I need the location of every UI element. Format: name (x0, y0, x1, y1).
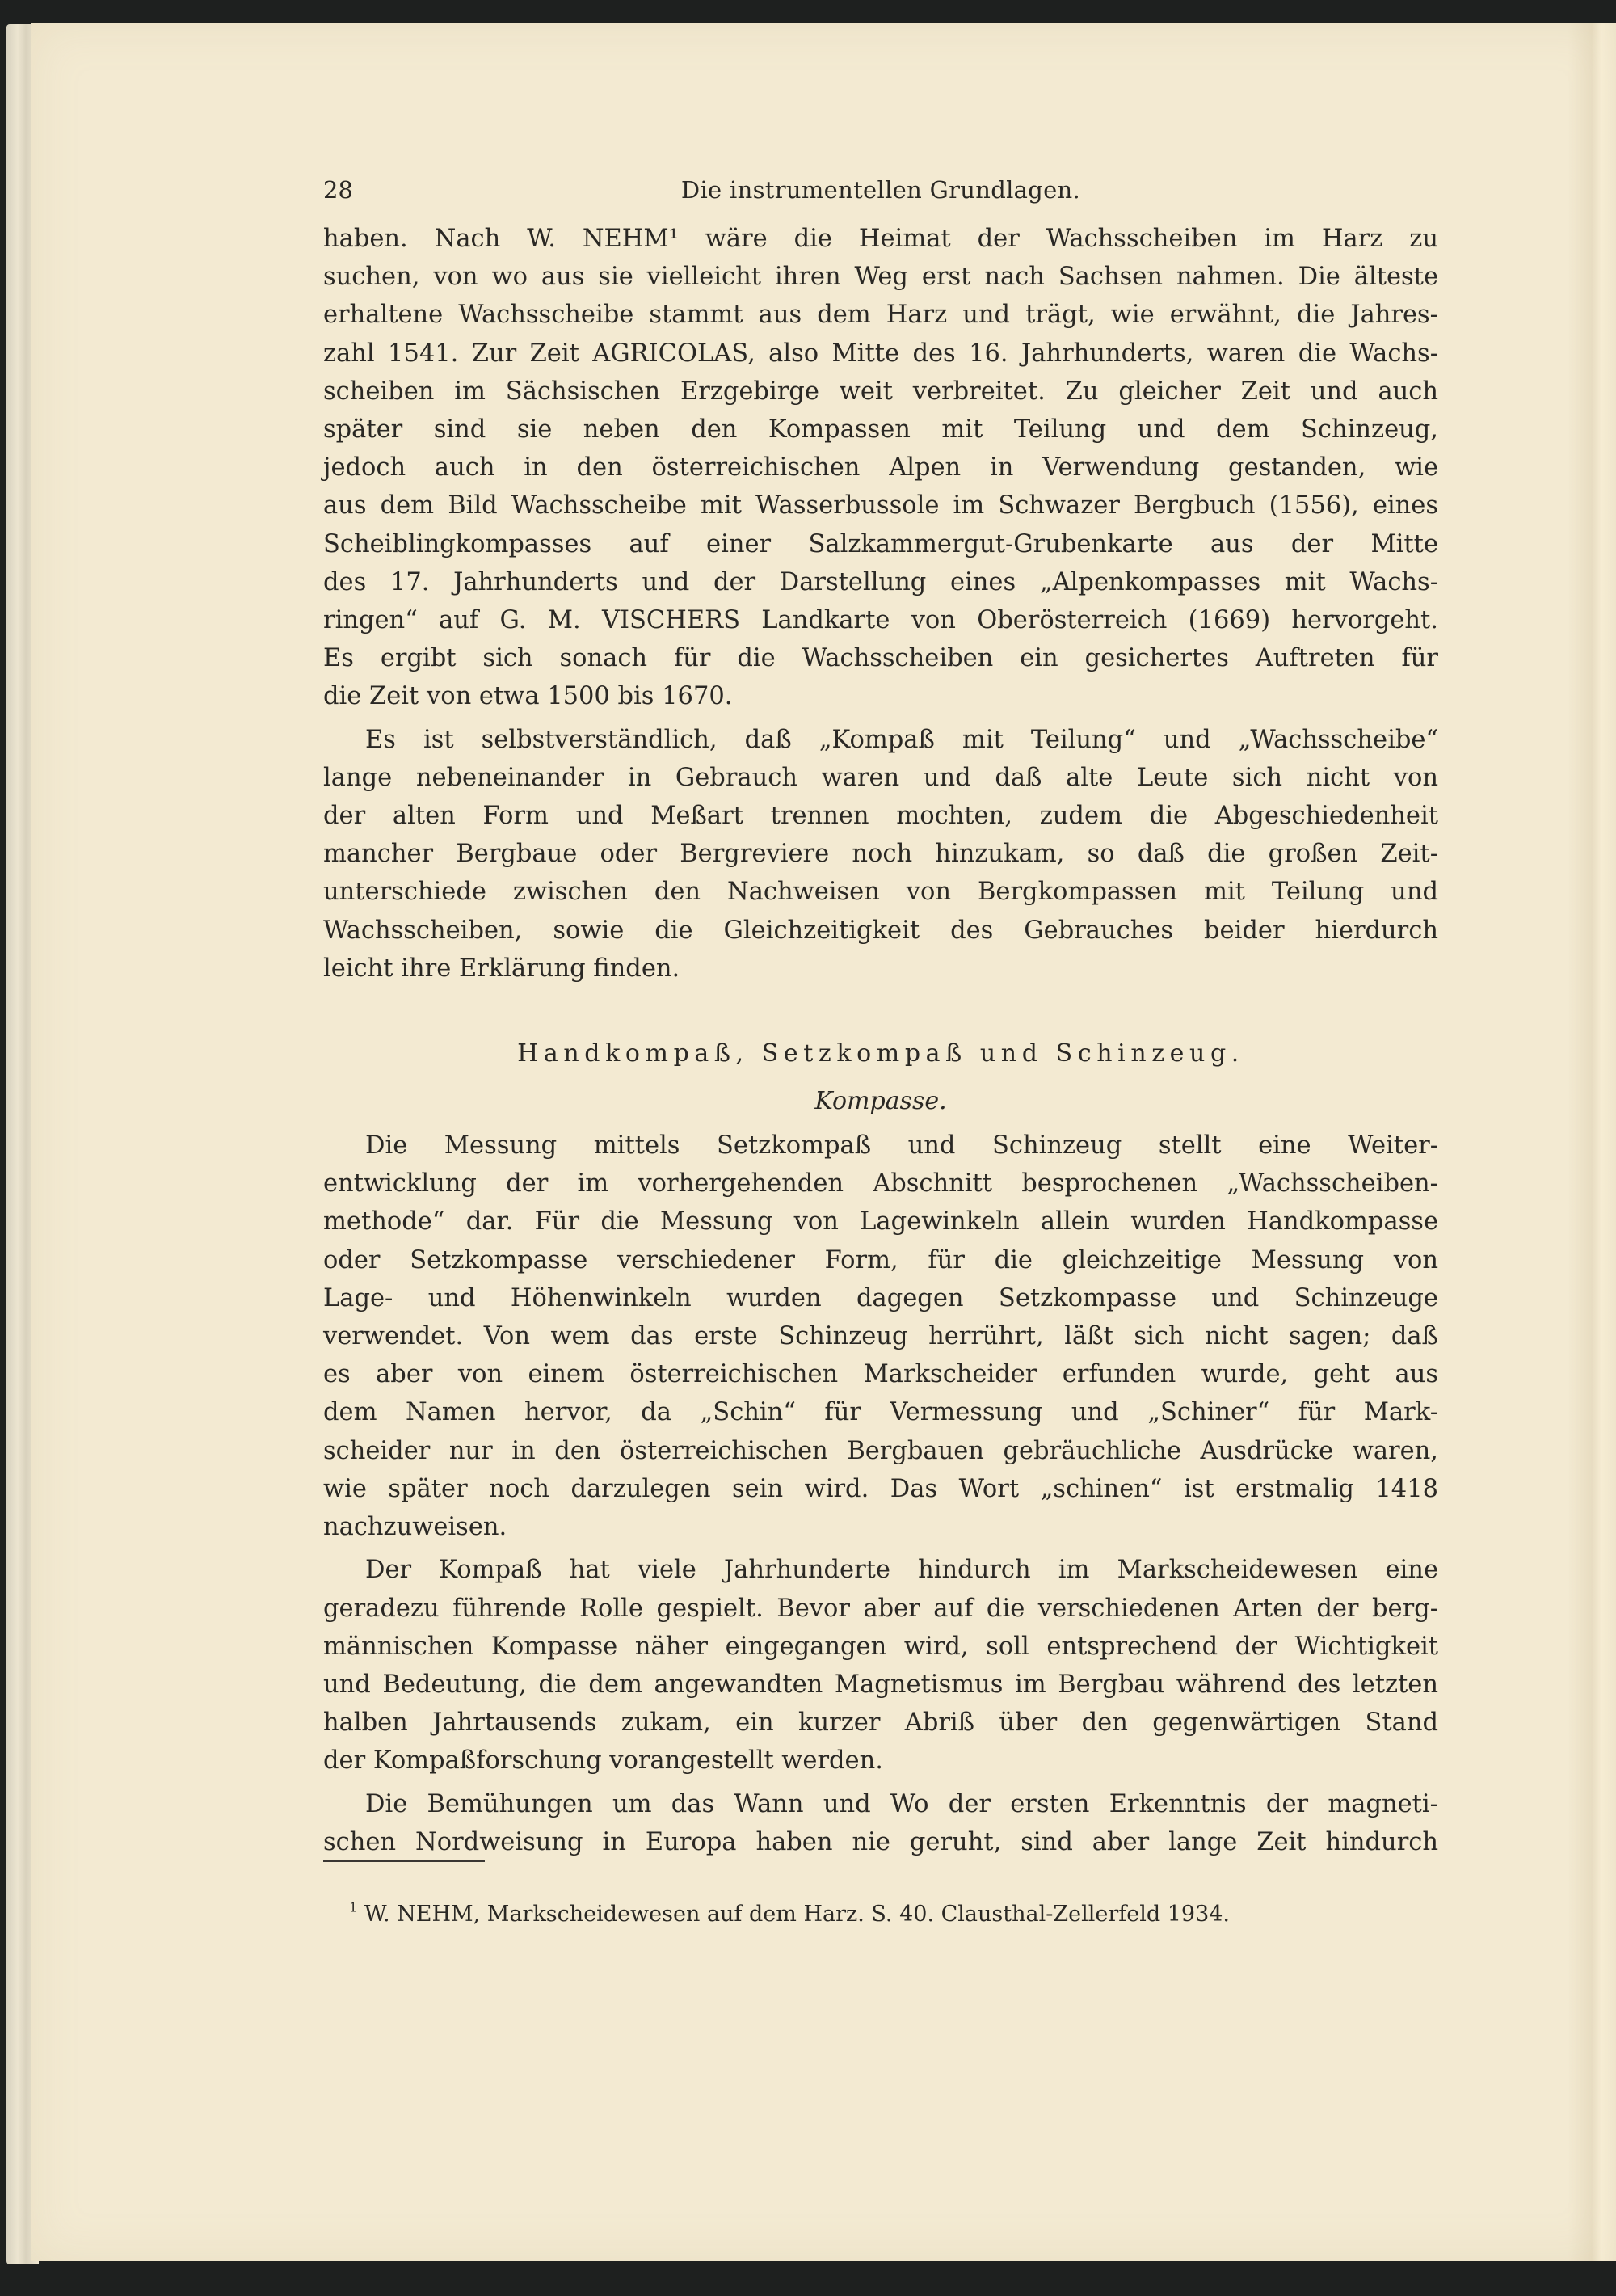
footnote: 1 W. NEHM, Markscheidewesen auf dem Harz… (349, 1902, 1230, 1927)
page-curl-shadow (1568, 23, 1616, 2261)
section-subheading: Kompasse. (323, 1082, 1438, 1120)
paragraph-5: Die Bemühungen um das Wann und Wo der er… (323, 1785, 1438, 1861)
text-line: Die Messung mittels Setzkompaß und Schin… (323, 1127, 1438, 1165)
section-heading: Handkompaß, Setzkompaß und Schinzeug. (323, 1034, 1438, 1072)
text-line: aus dem Bild Wachsscheibe mit Wasserbuss… (323, 487, 1438, 524)
text-line: halben Jahrtausends zukam, ein kurzer Ab… (323, 1704, 1438, 1742)
text-line: suchen, von wo aus sie vielleicht ihren … (323, 258, 1438, 296)
footnote-rule (323, 1860, 485, 1862)
text-line: Wachsscheiben, sowie die Gleichzeitigkei… (323, 912, 1438, 950)
text-line: lange nebeneinander in Gebrauch waren un… (323, 759, 1438, 797)
text-line: Es ergibt sich sonach für die Wachsschei… (323, 639, 1438, 677)
text-line: wie später noch darzulegen sein wird. Da… (323, 1470, 1438, 1508)
text-line: schen Nordweisung in Europa haben nie ge… (323, 1823, 1438, 1861)
text-line: scheider nur in den österreichischen Ber… (323, 1432, 1438, 1470)
text-line: Scheiblingkompasses auf einer Salzkammer… (323, 525, 1438, 563)
running-title: Die instrumentellen Grundlagen. (323, 176, 1438, 204)
body-text: haben. Nach W. NEHM¹ wäre die Heimat der… (323, 220, 1438, 1861)
text-line: scheiben im Sächsischen Erzgebirge weit … (323, 373, 1438, 411)
text-line: und Bedeutung, die dem angewandten Magne… (323, 1666, 1438, 1704)
paragraph-2: Es ist selbstverständlich, daß „Kompaß m… (323, 721, 1438, 988)
text-line: jedoch auch in den österreichischen Alpe… (323, 449, 1438, 487)
text-line: oder Setzkompasse verschiedener Form, fü… (323, 1241, 1438, 1279)
text-line: nachzuweisen. (323, 1508, 1438, 1546)
text-line: des 17. Jahrhunderts und der Darstellung… (323, 563, 1438, 601)
text-line: geradezu führende Rolle gespielt. Bevor … (323, 1590, 1438, 1628)
text-line: zahl 1541. Zur Zeit AGRICOLAS, also Mitt… (323, 335, 1438, 373)
running-head: 28 Die instrumentellen Grundlagen. (323, 176, 1438, 209)
text-line: verwendet. Von wem das erste Schinzeug h… (323, 1317, 1438, 1355)
text-line: leicht ihre Erklärung finden. (323, 950, 1438, 988)
text-line: der Kompaßforschung vorangestellt werden… (323, 1742, 1438, 1780)
text-line: unterschiede zwischen den Nachweisen von… (323, 873, 1438, 911)
text-line: Der Kompaß hat viele Jahrhunderte hindur… (323, 1551, 1438, 1589)
footnote-marker: 1 (349, 1900, 357, 1915)
text-line: erhaltene Wachsscheibe stammt aus dem Ha… (323, 296, 1438, 334)
text-line: dem Namen hervor, da „Schin“ für Vermess… (323, 1393, 1438, 1431)
text-line: haben. Nach W. NEHM¹ wäre die Heimat der… (323, 220, 1438, 258)
text-line: männischen Kompasse näher eingegangen wi… (323, 1628, 1438, 1666)
text-line: ringen“ auf G. M. VISCHERS Landkarte von… (323, 601, 1438, 639)
text-line: Die Bemühungen um das Wann und Wo der er… (323, 1785, 1438, 1823)
paragraph-3: Die Messung mittels Setzkompaß und Schin… (323, 1127, 1438, 1546)
text-line: die Zeit von etwa 1500 bis 1670. (323, 677, 1438, 715)
text-line: es aber von einem österreichischen Marks… (323, 1355, 1438, 1393)
footnote-text: W. NEHM, Markscheidewesen auf dem Harz. … (364, 1902, 1230, 1927)
book-page: 28 Die instrumentellen Grundlagen. haben… (31, 23, 1616, 2261)
text-line: Lage- und Höhenwinkeln wurden dagegen Se… (323, 1279, 1438, 1317)
text-line: Es ist selbstverständlich, daß „Kompaß m… (323, 721, 1438, 759)
text-line: methode“ dar. Für die Messung von Lagewi… (323, 1203, 1438, 1241)
paragraph-4: Der Kompaß hat viele Jahrhunderte hindur… (323, 1551, 1438, 1780)
text-line: entwicklung der im vorhergehenden Abschn… (323, 1165, 1438, 1203)
text-line: mancher Bergbaue oder Bergreviere noch h… (323, 835, 1438, 873)
text-line: der alten Form und Meßart trennen mochte… (323, 797, 1438, 835)
paragraph-1: haben. Nach W. NEHM¹ wäre die Heimat der… (323, 220, 1438, 716)
text-line: später sind sie neben den Kompassen mit … (323, 411, 1438, 449)
